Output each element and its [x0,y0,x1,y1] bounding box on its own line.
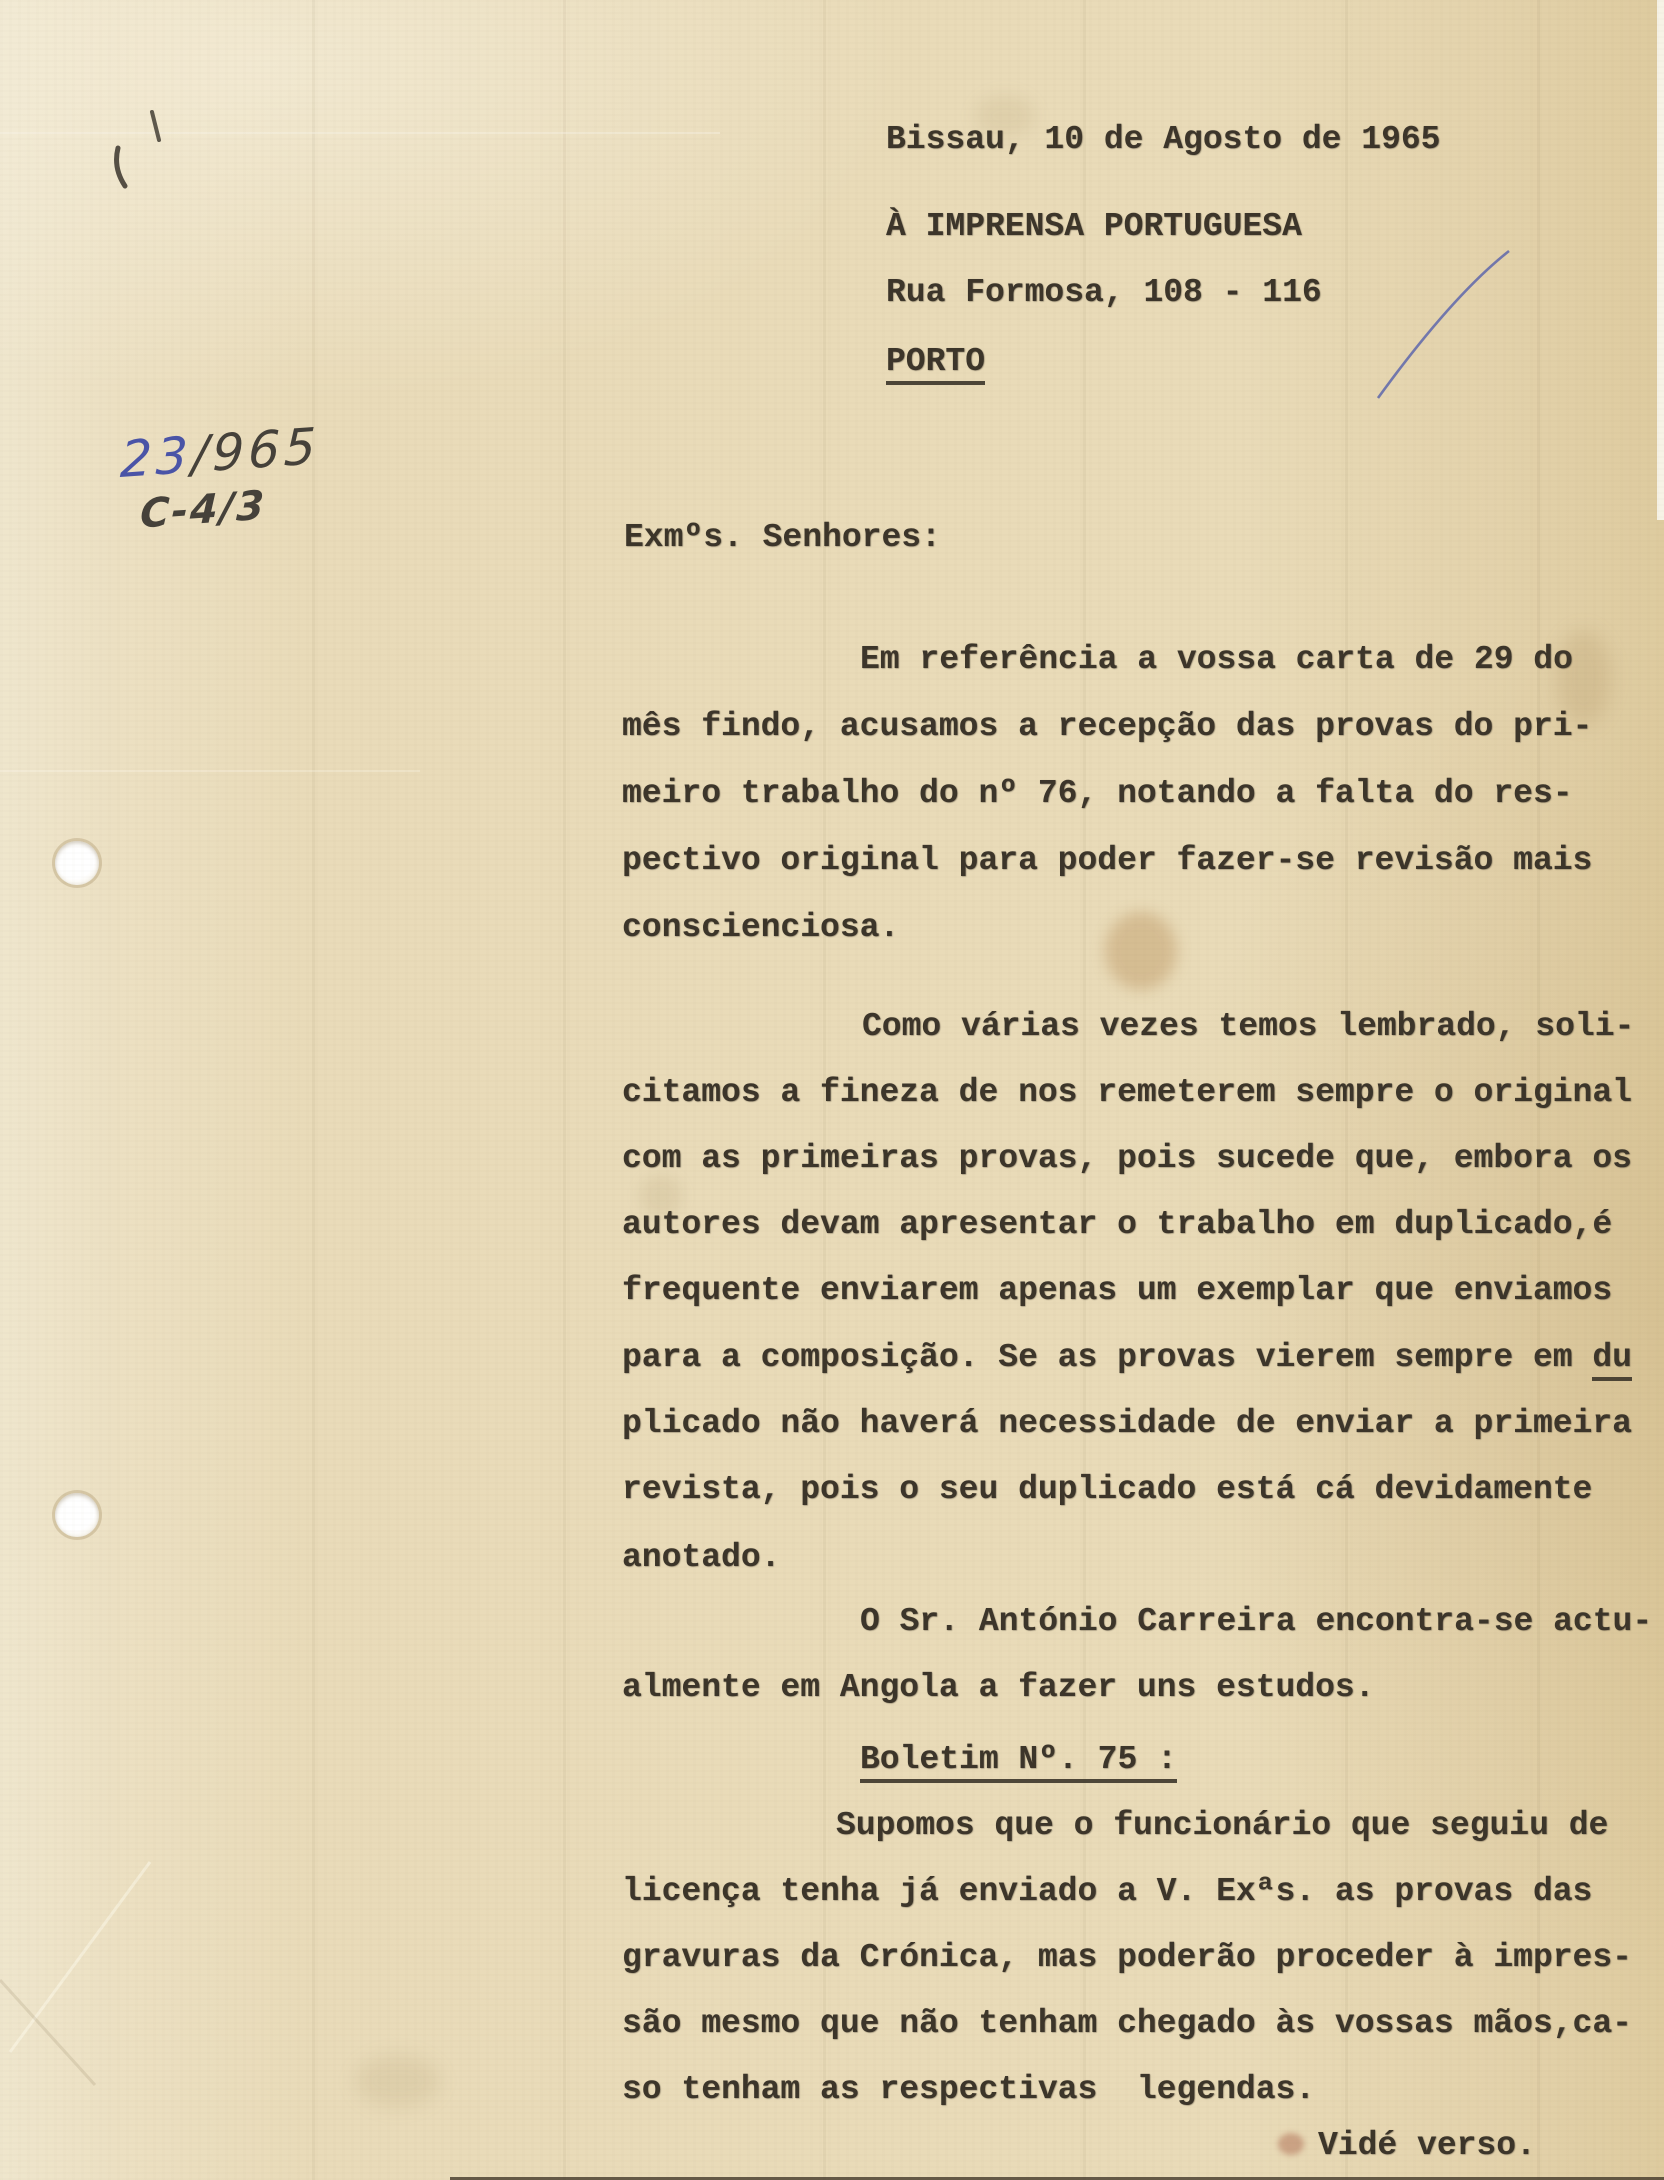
body-line: frequente enviarem apenas um exemplar qu… [622,1271,1612,1311]
body-line: Como várias vezes temos lembrado, soli- [862,1007,1634,1047]
filing-code-handwritten: C-4/3 [139,485,266,534]
body-line: pectivo original para poder fazer-se rev… [622,841,1592,881]
body-line: anotado. [622,1538,780,1578]
body-line: conscienciosa. [622,908,899,948]
filing-number-rest: /965 [191,417,321,484]
body-line: licença tenha já enviado a V. Exªs. as p… [622,1872,1592,1912]
scan-edge [1657,0,1664,520]
recipient-name: À IMPRENSA PORTUGUESA [886,207,1302,247]
salutation: Exmºs. Senhores: [624,518,941,558]
letter-page: 23/965 C-4/3 Bissau, 10 de Agosto de 196… [0,0,1664,2180]
body-line: O Sr. António Carreira encontra-se actu- [860,1602,1652,1642]
body-line: Em referência a vossa carta de 29 do [860,640,1573,680]
corner-crease [10,1862,150,2052]
fold-line [312,0,315,2180]
filing-number-blue: 23 [119,426,192,489]
punch-hole [55,1493,99,1537]
corner-crease [0,1980,95,2085]
ink-speck [152,112,159,140]
stain [1278,2133,1304,2155]
section-heading-boletim: Boletim Nº. 75 : [860,1740,1177,1780]
body-line: so tenham as respectivas legendas. [622,2070,1315,2110]
recipient-city: PORTO [886,342,985,382]
crease [0,132,720,134]
underlined-syllable: du [1592,1339,1632,1381]
closing-note: Vidé verso. [1318,2126,1536,2166]
blue-pen-stroke [1378,251,1509,398]
crease [0,770,420,772]
body-line: plicado não haverá necessidade de enviar… [622,1404,1632,1444]
body-line: citamos a fineza de nos remeterem sempre… [622,1073,1632,1113]
body-line: meiro trabalho do nº 76, notando a falta… [622,774,1573,814]
punch-hole [55,841,99,885]
dateline: Bissau, 10 de Agosto de 1965 [886,120,1441,160]
body-line: autores devam apresentar o trabalho em d… [622,1205,1612,1245]
body-line: com as primeiras provas, pois sucede que… [622,1139,1632,1179]
body-line: almente em Angola a fazer uns estudos. [622,1668,1375,1708]
fold-line [563,0,566,2180]
body-line: revista, pois o seu duplicado está cá de… [622,1470,1592,1510]
body-line: Supomos que o funcionário que seguiu de [836,1806,1608,1846]
stain [355,2055,440,2107]
recipient-street: Rua Formosa, 108 - 116 [886,273,1322,313]
body-line: para a composição. Se as provas vierem s… [622,1338,1632,1378]
body-line: gravuras da Crónica, mas poderão procede… [622,1938,1632,1978]
body-line: são mesmo que não tenham chegado às voss… [622,2004,1632,2044]
ink-speck [117,148,125,186]
stain [1105,912,1177,990]
body-line: mês findo, acusamos a recepção das prova… [622,707,1592,747]
filing-number-handwritten: 23/965 [119,421,320,485]
